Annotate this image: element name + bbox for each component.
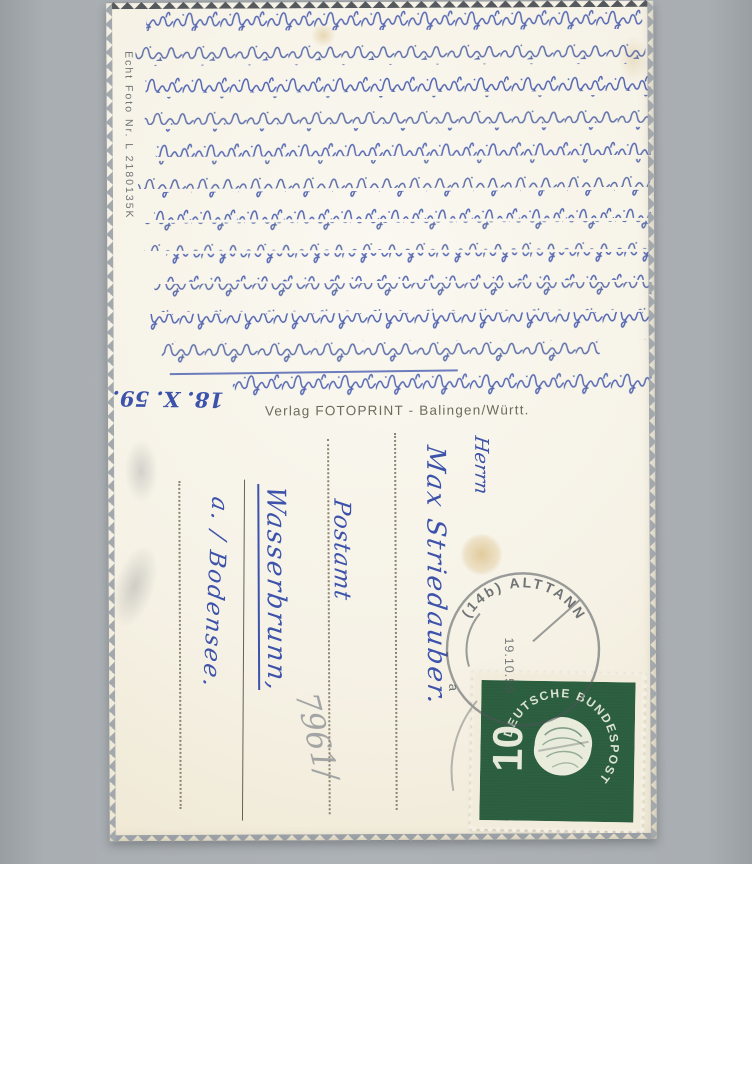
perforation: [470, 826, 642, 835]
postmark-ring-text: (14b) ALTTANN: [458, 574, 590, 624]
postcard-photo: 18. X. 59. Verlag FOTOPRINT - Balingen/W…: [0, 0, 752, 864]
handwritten-date: 18. X. 59.: [120, 386, 224, 412]
postcard: 18. X. 59. Verlag FOTOPRINT - Balingen/W…: [106, 1, 657, 841]
deckled-edge-left: [105, 3, 116, 841]
stamp-design: DEUTSCHE BUNDESPOST 10: [479, 680, 635, 823]
address-rule-solid: [242, 480, 245, 821]
message-lines: [135, 5, 652, 399]
edge-imprint: Echt Foto Nr. L 2180135K: [122, 51, 135, 219]
address-line-name: Max Striedauber.: [420, 444, 451, 708]
perforation: [639, 674, 648, 832]
photo-margin: [0, 864, 752, 1072]
address-rule-dotted: [178, 481, 181, 809]
address-text: Max Striedauber.: [420, 444, 451, 708]
address-line-city: Wasserbrunn,: [260, 484, 291, 694]
address-text: a. / Bodensee.: [197, 495, 232, 691]
pencil-code: 7961/: [287, 690, 345, 782]
smudge: [103, 539, 167, 633]
deckled-edge-bottom: [110, 833, 657, 842]
publisher-imprint: Verlag FOTOPRINT - Balingen/Württ.: [265, 402, 530, 418]
stamp-denomination: 10: [484, 725, 532, 772]
postage-stamp: DEUTSCHE BUNDESPOST 10: [470, 671, 645, 832]
handwritten-message: [126, 5, 652, 405]
address-text: Postamt: [328, 498, 354, 603]
address-line-postamt: Postamt: [328, 498, 354, 603]
address-text-underlined: Wasserbrunn,: [257, 484, 291, 695]
address-text: Herrn: [470, 435, 492, 496]
address-line-bodensee: a. / Bodensee.: [197, 495, 232, 691]
stain: [460, 533, 502, 575]
perforation: [467, 671, 476, 829]
address-rule-dotted: [394, 433, 398, 810]
postmark-bridge-line: [533, 599, 581, 641]
perforation: [473, 668, 645, 677]
smudge: [124, 439, 158, 503]
address-line-herrn: Herrn: [470, 435, 492, 496]
